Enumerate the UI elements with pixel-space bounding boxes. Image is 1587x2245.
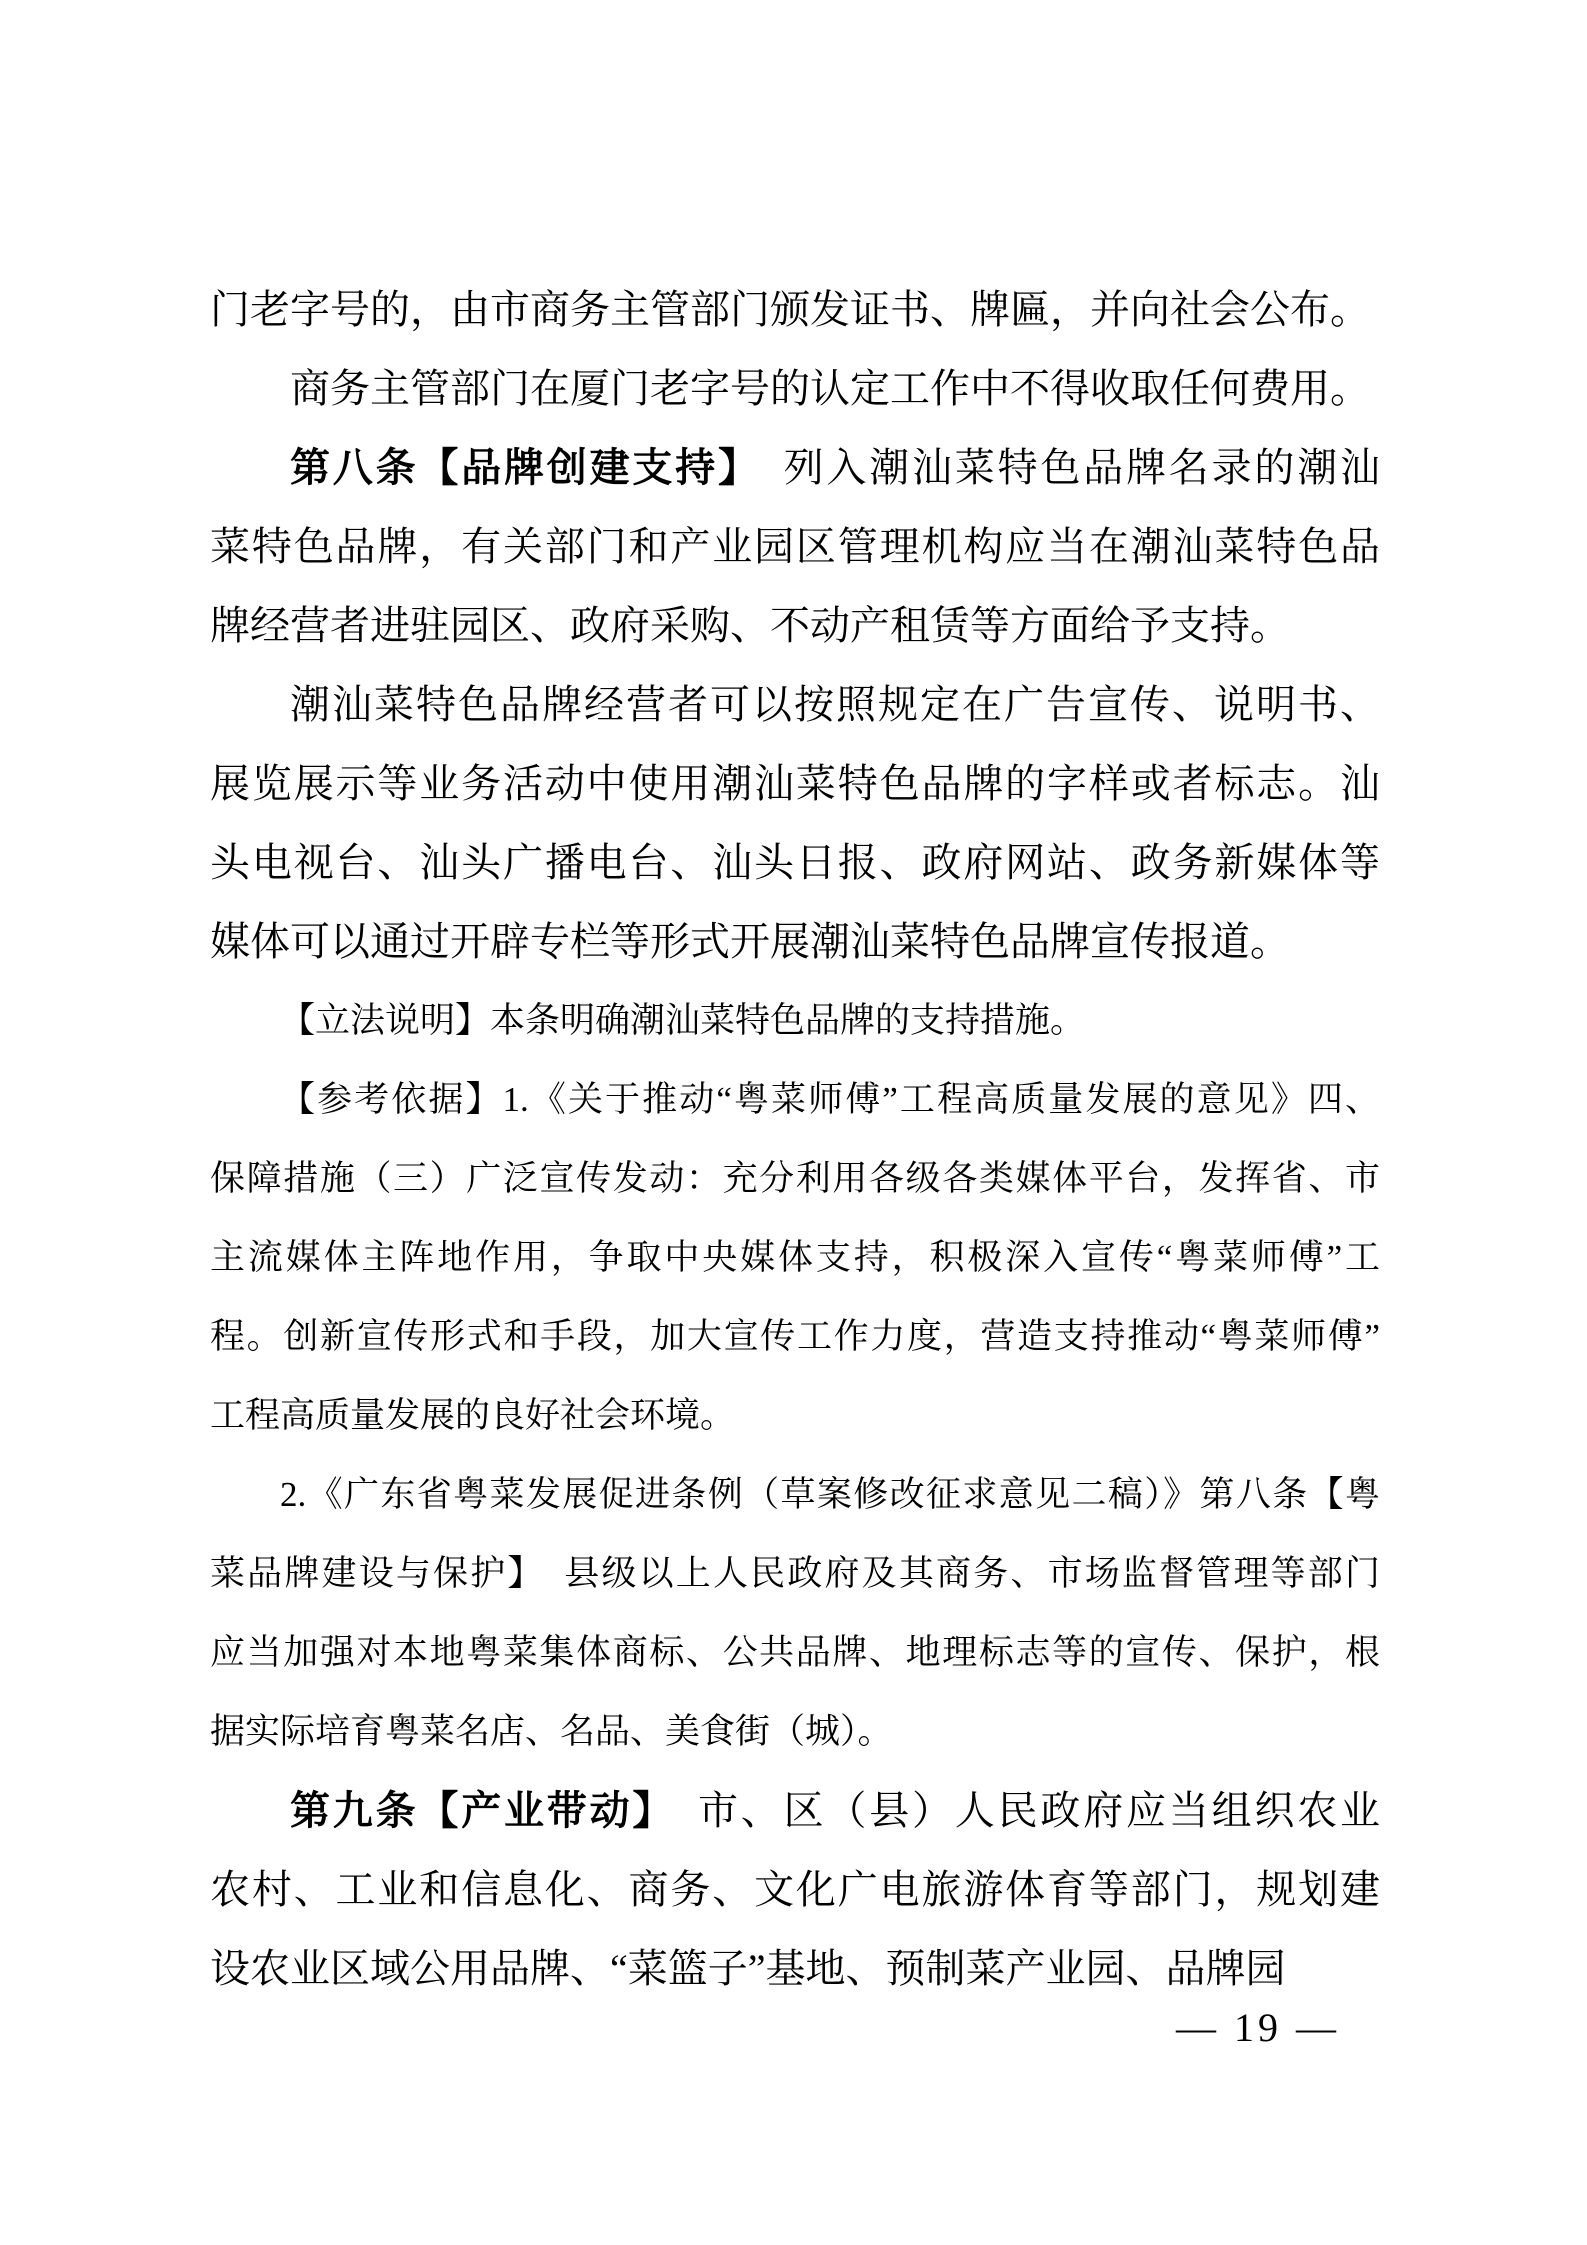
text-segment: 菜品牌建设与保护】 县级以上人民政府及其商务、市场监督管理等部门 — [210, 1554, 1380, 1593]
text-line: 【立法说明】本条明确潮汕菜特色品牌的支持措施。 — [210, 981, 1380, 1060]
text-line: 设农业区域公用品牌、“菜篮子”基地、预制菜产业园、品牌园 — [210, 1929, 1380, 2008]
text-line: 保障措施（三）广泛宣传发动：充分利用各级各类媒体平台，发挥省、市 — [210, 1139, 1380, 1218]
text-line: 第九条【产业带动】 市、区（县）人民政府应当组织农业 — [210, 1771, 1380, 1850]
paragraph-article-9: 第九条【产业带动】 市、区（县）人民政府应当组织农业农村、工业和信息化、商务、文… — [210, 1771, 1380, 2008]
document-text-block: 门老字号的，由市商务主管部门颁发证书、牌匾，并向社会公布。商务主管部门在厦门老字… — [210, 270, 1380, 2008]
text-segment: 工程高质量发展的良好社会环境。 — [210, 1396, 735, 1435]
text-segment: 程。创新宣传形式和手段，加大宣传工作力度，营造支持推动“粤菜师傅” — [210, 1317, 1380, 1356]
text-line: 潮汕菜特色品牌经营者可以按照规定在广告宣传、说明书、 — [210, 665, 1380, 744]
text-line: 菜特色品牌，有关部门和产业园区管理机构应当在潮汕菜特色品 — [210, 507, 1380, 586]
text-segment: 市、区（县）人民政府应当组织农业 — [655, 1788, 1380, 1833]
text-segment: 门老字号的，由市商务主管部门颁发证书、牌匾，并向社会公布。 — [210, 287, 1370, 332]
text-segment: 展览展示等业务活动中使用潮汕菜特色品牌的字样或者标志。汕 — [210, 761, 1380, 806]
text-segment: 【立法说明】本条明确潮汕菜特色品牌的支持措施。 — [280, 1001, 1085, 1040]
text-segment: 牌经营者进驻园区、政府采购、不动产租赁等方面给予支持。 — [210, 603, 1290, 648]
text-line: 程。创新宣传形式和手段，加大宣传工作力度，营造支持推动“粤菜师傅” — [210, 1297, 1380, 1376]
text-segment: 菜特色品牌，有关部门和产业园区管理机构应当在潮汕菜特色品 — [210, 524, 1380, 569]
text-line: 展览展示等业务活动中使用潮汕菜特色品牌的字样或者标志。汕 — [210, 744, 1380, 823]
text-line: 主流媒体主阵地作用，争取中央媒体支持，积极深入宣传“粤菜师傅”工 — [210, 1218, 1380, 1297]
text-line: 应当加强对本地粤菜集体商标、公共品牌、地理标志等的宣传、保护，根 — [210, 1613, 1380, 1692]
text-segment: 保障措施（三）广泛宣传发动：充分利用各级各类媒体平台，发挥省、市 — [210, 1159, 1380, 1198]
text-line: 【参考依据】1.《关于推动“粤菜师傅”工程高质量发展的意见》四、 — [210, 1060, 1380, 1139]
page-number: — 19 — — [1176, 2006, 1340, 2050]
text-line: 第八条【品牌创建支持】 列入潮汕菜特色品牌名录的潮汕 — [210, 428, 1380, 507]
text-segment: 据实际培育粤菜名店、名品、美食街（城）。 — [210, 1712, 893, 1751]
text-segment: 设农业区域公用品牌、“菜篮子”基地、预制菜产业园、品牌园 — [210, 1946, 1286, 1991]
text-line: 媒体可以通过开辟专栏等形式开展潮汕菜特色品牌宣传报道。 — [210, 902, 1380, 981]
text-segment: 列入潮汕菜特色品牌名录的潮汕 — [741, 445, 1380, 490]
text-line: 牌经营者进驻园区、政府采购、不动产租赁等方面给予支持。 — [210, 586, 1380, 665]
text-segment: 农村、工业和信息化、商务、文化广电旅游体育等部门，规划建 — [210, 1867, 1380, 1912]
paragraph-reference-2: 2.《广东省粤菜发展促进条例（草案修改征求意见二稿）》第八条【粤菜品牌建设与保护… — [210, 1455, 1380, 1771]
paragraph-brand-publicity: 潮汕菜特色品牌经营者可以按照规定在广告宣传、说明书、展览展示等业务活动中使用潮汕… — [210, 665, 1380, 981]
text-line: 2.《广东省粤菜发展促进条例（草案修改征求意见二稿）》第八条【粤 — [210, 1455, 1380, 1534]
text-segment: 潮汕菜特色品牌经营者可以按照规定在广告宣传、说明书、 — [290, 682, 1380, 727]
text-line: 菜品牌建设与保护】 县级以上人民政府及其商务、市场监督管理等部门 — [210, 1534, 1380, 1613]
text-line: 商务主管部门在厦门老字号的认定工作中不得收取任何费用。 — [210, 349, 1380, 428]
paragraph-legislative-note: 【立法说明】本条明确潮汕菜特色品牌的支持措施。 — [210, 981, 1380, 1060]
article-heading: 第九条【产业带动】 — [290, 1788, 655, 1833]
text-segment: 商务主管部门在厦门老字号的认定工作中不得收取任何费用。 — [290, 366, 1370, 411]
paragraph-carryover: 门老字号的，由市商务主管部门颁发证书、牌匾，并向社会公布。 — [210, 270, 1380, 349]
text-segment: 媒体可以通过开辟专栏等形式开展潮汕菜特色品牌宣传报道。 — [210, 919, 1290, 964]
text-line: 门老字号的，由市商务主管部门颁发证书、牌匾，并向社会公布。 — [210, 270, 1380, 349]
text-line: 据实际培育粤菜名店、名品、美食街（城）。 — [210, 1692, 1380, 1771]
text-segment: 【参考依据】1.《关于推动“粤菜师傅”工程高质量发展的意见》四、 — [280, 1080, 1380, 1119]
text-line: 头电视台、汕头广播电台、汕头日报、政府网站、政务新媒体等 — [210, 823, 1380, 902]
text-segment: 头电视台、汕头广播电台、汕头日报、政府网站、政务新媒体等 — [210, 840, 1380, 885]
document-page: 门老字号的，由市商务主管部门颁发证书、牌匾，并向社会公布。商务主管部门在厦门老字… — [0, 0, 1587, 2245]
text-line: 农村、工业和信息化、商务、文化广电旅游体育等部门，规划建 — [210, 1850, 1380, 1929]
paragraph-reference-1: 【参考依据】1.《关于推动“粤菜师傅”工程高质量发展的意见》四、保障措施（三）广… — [210, 1060, 1380, 1455]
text-segment: 应当加强对本地粤菜集体商标、公共品牌、地理标志等的宣传、保护，根 — [210, 1633, 1380, 1672]
text-line: 工程高质量发展的良好社会环境。 — [210, 1376, 1380, 1455]
text-segment: 主流媒体主阵地作用，争取中央媒体支持，积极深入宣传“粤菜师傅”工 — [210, 1238, 1380, 1277]
text-segment: 2.《广东省粤菜发展促进条例（草案修改征求意见二稿）》第八条【粤 — [280, 1475, 1380, 1514]
paragraph-article-8: 第八条【品牌创建支持】 列入潮汕菜特色品牌名录的潮汕菜特色品牌，有关部门和产业园… — [210, 428, 1380, 665]
article-heading: 第八条【品牌创建支持】 — [290, 445, 741, 490]
paragraph-no-fee: 商务主管部门在厦门老字号的认定工作中不得收取任何费用。 — [210, 349, 1380, 428]
